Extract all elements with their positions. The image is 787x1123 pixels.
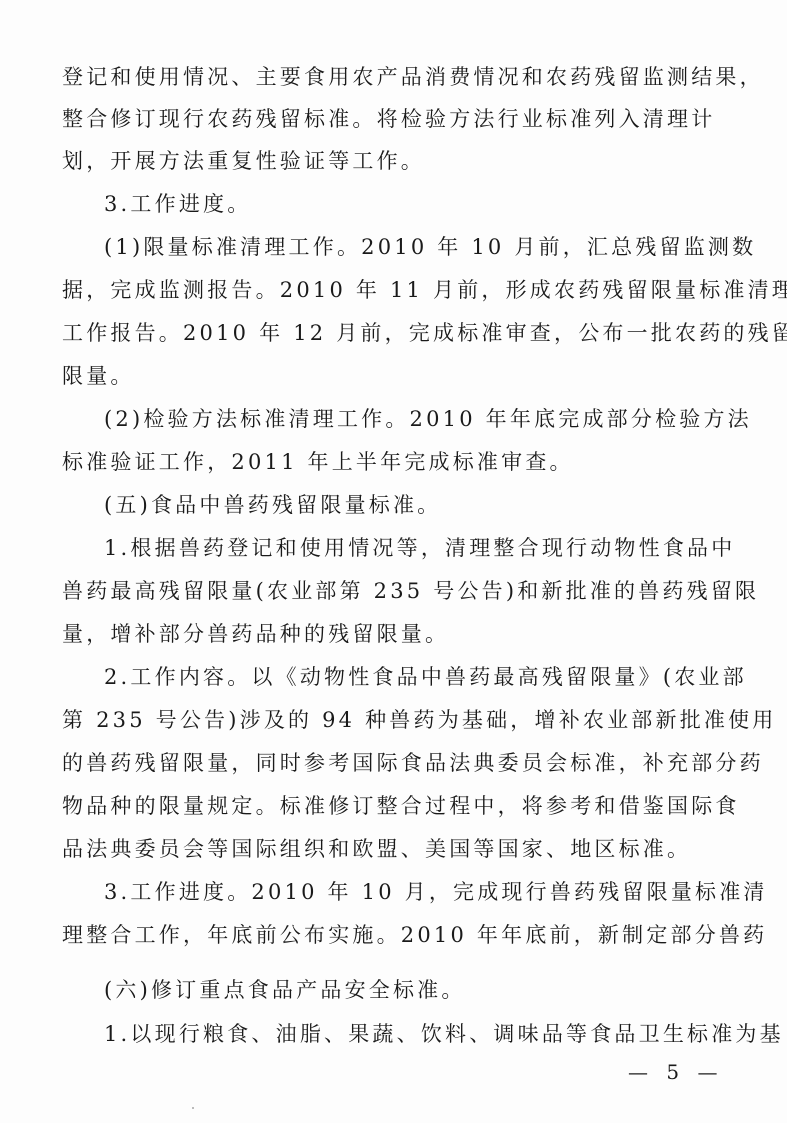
text-line: 1.以现行粮食、油脂、果蔬、饮料、调味品等食品卫生标准为基: [104, 1019, 714, 1049]
scan-speck: [192, 1107, 194, 1109]
text-line: 据，完成监测报告。2010 年 11 月前，形成农药残留限量标准清理: [62, 275, 714, 305]
text-line: (1)限量标准清理工作。2010 年 10 月前，汇总残留监测数: [104, 232, 714, 262]
text-line: 登记和使用情况、主要食用农产品消费情况和农药残留监测结果，: [62, 62, 714, 92]
document-page: 登记和使用情况、主要食用农产品消费情况和农药残留监测结果， 整合修订现行农药残留…: [0, 0, 787, 1123]
text-line: 品法典委员会等国际组织和欧盟、美国等国家、地区标准。: [62, 834, 714, 864]
text-line: 物品种的限量规定。标准修订整合过程中，将参考和借鉴国际食: [62, 791, 714, 821]
text-line: (2)检验方法标准清理工作。2010 年年底完成部分检验方法: [104, 404, 714, 434]
text-line: 限量。: [62, 361, 714, 391]
text-line: 标准验证工作，2011 年上半年完成标准审查。: [62, 447, 714, 477]
text-line: 2.工作内容。以《动物性食品中兽药最高残留限量》(农业部: [104, 662, 714, 692]
text-line: 量，增补部分兽药品种的残留限量。: [62, 619, 714, 649]
text-line: 3.工作进度。2010 年 10 月，完成现行兽药残留限量标准清: [104, 877, 714, 907]
page-number: — 5 —: [628, 1060, 723, 1084]
text-line: 划，开展方法重复性验证等工作。: [62, 146, 714, 176]
text-line: 兽药最高残留限量(农业部第 235 号公告)和新批准的兽药残留限: [62, 576, 714, 606]
text-line: 工作报告。2010 年 12 月前，完成标准审查，公布一批农药的残留: [62, 318, 714, 348]
section-heading: 3.工作进度。: [104, 189, 714, 219]
text-line: 整合修订现行农药残留标准。将检验方法行业标准列入清理计: [62, 104, 714, 134]
text-line: 第 235 号公告)涉及的 94 种兽药为基础，增补农业部新批准使用: [62, 705, 714, 735]
text-line: 的兽药残留限量，同时参考国际食品法典委员会标准，补充部分药: [62, 748, 714, 778]
text-line: 理整合工作，年底前公布实施。2010 年年底前，新制定部分兽药: [62, 920, 714, 950]
section-heading: (六)修订重点食品产品安全标准。: [104, 975, 714, 1005]
section-heading: (五)食品中兽药残留限量标准。: [104, 490, 714, 520]
text-line: 1.根据兽药登记和使用情况等，清理整合现行动物性食品中: [104, 533, 714, 563]
